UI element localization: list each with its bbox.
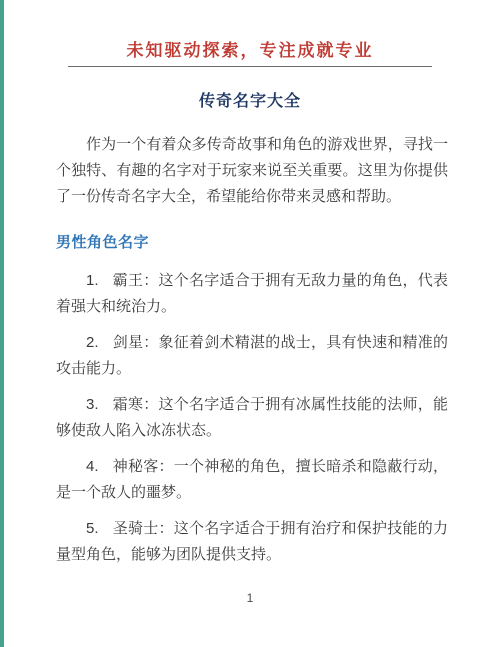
name-list: 1.霸王：这个名字适合于拥有无敌力量的角色，代表着强大和统治力。 2.剑星：象征… <box>56 268 448 568</box>
list-item-text: 霸王：这个名字适合于拥有无敌力量的角色，代表着强大和统治力。 <box>56 272 448 315</box>
list-item: 1.霸王：这个名字适合于拥有无敌力量的角色，代表着强大和统治力。 <box>56 268 448 320</box>
list-item-text: 霜寒：这个名字适合于拥有冰属性技能的法师，能够使敌人陷入冰冻状态。 <box>56 396 448 439</box>
list-item-text: 神秘客：一个神秘的角色，擅长暗杀和隐蔽行动，是一个敌人的噩梦。 <box>56 458 448 501</box>
list-item: 2.剑星：象征着剑术精湛的战士，具有快速和精准的攻击能力。 <box>56 330 448 382</box>
document-page: 未知驱动探索，专注成就专业 传奇名字大全 作为一个有着众多传奇故事和角色的游戏世… <box>0 0 500 647</box>
list-item-number: 1. <box>86 272 99 289</box>
list-item-number: 2. <box>86 334 99 351</box>
left-accent-strip <box>0 0 4 647</box>
header-slogan: 未知驱动探索，专注成就专业 <box>127 41 374 60</box>
document-header: 未知驱动探索，专注成就专业 <box>68 36 432 67</box>
page-title: 传奇名字大全 <box>0 88 500 111</box>
intro-paragraph: 作为一个有着众多传奇故事和角色的游戏世界，寻找一个独特、有趣的名字对于玩家来说至… <box>56 132 448 210</box>
list-item-number: 3. <box>86 396 99 413</box>
list-item-text: 剑星：象征着剑术精湛的战士，具有快速和精准的攻击能力。 <box>56 334 448 377</box>
page-number: 1 <box>0 591 500 605</box>
list-item-text: 圣骑士：这个名字适合于拥有治疗和保护技能的力量型角色，能够为团队提供支持。 <box>56 520 448 563</box>
list-item-number: 4. <box>86 458 99 475</box>
list-item: 3.霜寒：这个名字适合于拥有冰属性技能的法师，能够使敌人陷入冰冻状态。 <box>56 392 448 444</box>
list-item: 5.圣骑士：这个名字适合于拥有治疗和保护技能的力量型角色，能够为团队提供支持。 <box>56 516 448 568</box>
list-item-number: 5. <box>86 520 99 537</box>
list-item: 4.神秘客：一个神秘的角色，擅长暗杀和隐蔽行动，是一个敌人的噩梦。 <box>56 454 448 506</box>
document-body: 作为一个有着众多传奇故事和角色的游戏世界，寻找一个独特、有趣的名字对于玩家来说至… <box>56 132 448 568</box>
section-heading-male-names: 男性角色名字 <box>56 231 448 252</box>
